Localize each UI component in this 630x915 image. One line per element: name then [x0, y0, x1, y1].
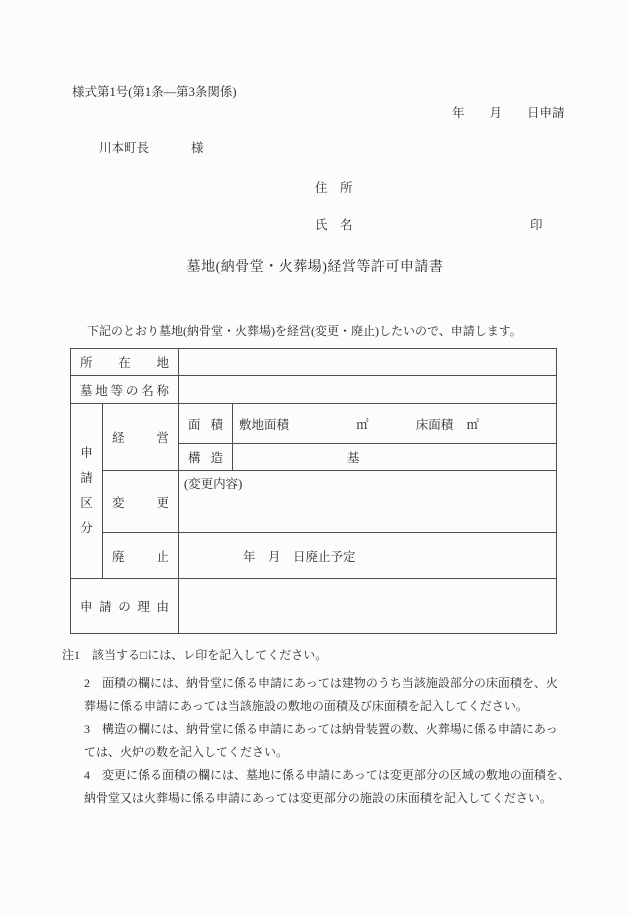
seal-mark: 印: [530, 215, 543, 233]
floor-area-label: 床面積: [416, 415, 454, 433]
address-label[interactable]: 住 所: [315, 178, 353, 196]
location-value-cell[interactable]: [179, 349, 557, 376]
change-label[interactable]: 変更: [103, 471, 179, 533]
area-label: 面積: [179, 404, 233, 444]
addressee-honorific: 様: [191, 141, 204, 155]
note-3: 3 構造の欄には、納骨堂に係る申請にあっては納骨装置の数、火葬場に係る申請にあっ…: [84, 718, 589, 764]
table-row-location: 所在地: [71, 349, 557, 376]
reason-label: 申請の理由: [71, 579, 179, 634]
document-title: 墓地(納骨堂・火葬場)経営等許可申請書: [0, 256, 630, 276]
abolition-date-cell[interactable]: 年 月 日廃止予定: [179, 533, 557, 579]
intro-sentence: 下記のとおり墓地(納骨堂・火葬場)を経営(変更・廃止)したいので、申請します。: [62, 322, 567, 339]
abolition-label[interactable]: 廃止: [103, 533, 179, 579]
table-row-management-area: 申請区分 経営 面積 敷地面積 ㎡ 床面積 ㎡: [71, 404, 557, 444]
facility-name-label: 墓地等の名称: [71, 376, 179, 404]
structure-unit: 基: [347, 451, 360, 465]
site-area-label: 敷地面積: [239, 415, 289, 433]
table-row-reason: 申請の理由: [71, 579, 557, 634]
note-1: 注1 該当する□には、レ印を記入してください。: [62, 644, 567, 667]
addressee-name: 川本町長: [99, 141, 149, 155]
area-value-cell[interactable]: 敷地面積 ㎡ 床面積 ㎡: [233, 404, 557, 444]
facility-name-value-cell[interactable]: [179, 376, 557, 404]
location-label: 所在地: [71, 349, 179, 376]
structure-value-cell[interactable]: 基: [233, 444, 557, 471]
application-date-line[interactable]: 年 月 日申請: [452, 103, 565, 121]
form-number: 様式第1号(第1条―第3条関係): [72, 82, 237, 100]
application-table: 所在地 墓地等の名称 申請区分 経営 面積 敷地面積 ㎡ 床面積 ㎡ 構造 基: [70, 348, 557, 634]
table-row-change: 変更 (変更内容): [71, 471, 557, 533]
reason-value-cell[interactable]: [179, 579, 557, 634]
name-label[interactable]: 氏 名: [315, 215, 353, 233]
management-label[interactable]: 経営: [103, 404, 179, 471]
floor-area-unit: ㎡: [466, 415, 479, 433]
site-area-unit: ㎡: [356, 415, 369, 433]
table-row-facility-name: 墓地等の名称: [71, 376, 557, 404]
table-row-abolition: 廃止 年 月 日廃止予定: [71, 533, 557, 579]
note-4: 4 変更に係る面積の欄には、墓地に係る申請にあっては変更部分の区域の敷地の面積を…: [84, 764, 589, 810]
structure-label: 構造: [179, 444, 233, 471]
category-header-cell: 申請区分: [71, 404, 103, 579]
category-vertical-label: 申請区分: [80, 441, 94, 541]
note-2: 2 面積の欄には、納骨堂に係る申請にあっては建物のうち当該施設部分の床面積を、火…: [84, 672, 589, 718]
change-detail-cell[interactable]: (変更内容): [179, 471, 557, 533]
addressee-line: 川本町長様: [99, 138, 204, 156]
form-page: 様式第1号(第1条―第3条関係) 年 月 日申請 川本町長様 住 所 氏 名 印…: [0, 0, 630, 915]
